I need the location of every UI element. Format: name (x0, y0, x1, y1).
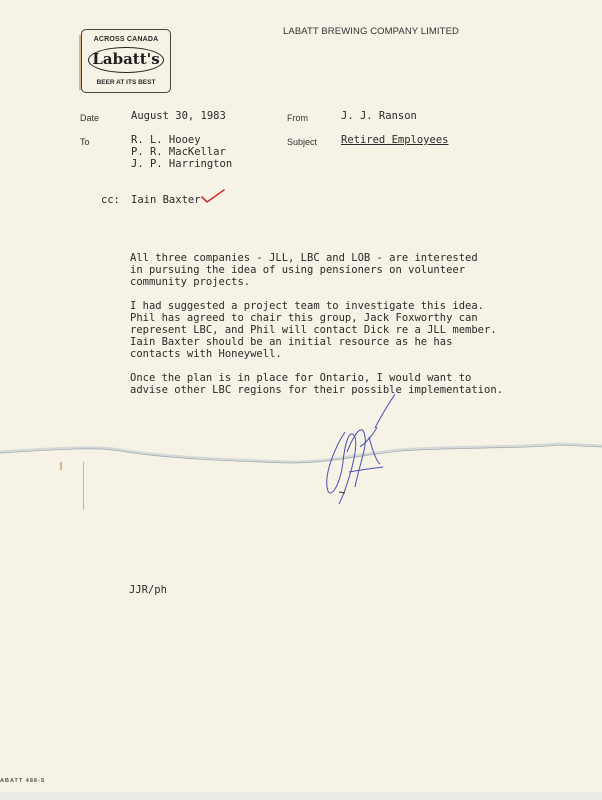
recipient: J. P. Harrington (131, 158, 232, 170)
recipient-list: R. L. Hooey P. R. MacKellar J. P. Harrin… (131, 134, 232, 170)
checkmark-icon (200, 188, 226, 204)
labatts-logo: ACROSS CANADA Labatt's BEER AT ITS BEST (81, 29, 171, 93)
cc-label: cc: (101, 194, 120, 206)
from-value: J. J. Ranson (341, 110, 417, 122)
reference-initials: JJR/ph (129, 584, 167, 596)
body-paragraph: I had suggested a project team to invest… (130, 300, 550, 360)
body-paragraph: All three companies - JLL, LBC and LOB -… (130, 252, 550, 288)
recipient: P. R. MacKellar (131, 146, 232, 158)
date-value: August 30, 1983 (131, 110, 226, 122)
subject-value: Retired Employees (341, 134, 448, 146)
signature-icon (315, 392, 395, 512)
form-code: ABATT 488-S (0, 778, 45, 784)
date-label: Date (80, 113, 99, 123)
memo-body: All three companies - JLL, LBC and LOB -… (130, 252, 550, 408)
recipient: R. L. Hooey (131, 134, 232, 146)
logo-tagline-top: ACROSS CANADA (82, 36, 170, 43)
cc-value: Iain Baxter (131, 194, 201, 206)
memo-page: ACROSS CANADA Labatt's BEER AT ITS BEST … (0, 0, 602, 792)
to-label: To (80, 137, 90, 147)
paper-tear (0, 440, 602, 470)
company-name: LABATT BREWING COMPANY LIMITED (283, 26, 459, 37)
logo-tagline-bottom: BEER AT ITS BEST (82, 79, 170, 86)
logo-brand: Labatt's (88, 47, 164, 73)
from-label: From (287, 113, 308, 123)
subject-label: Subject (287, 137, 317, 147)
